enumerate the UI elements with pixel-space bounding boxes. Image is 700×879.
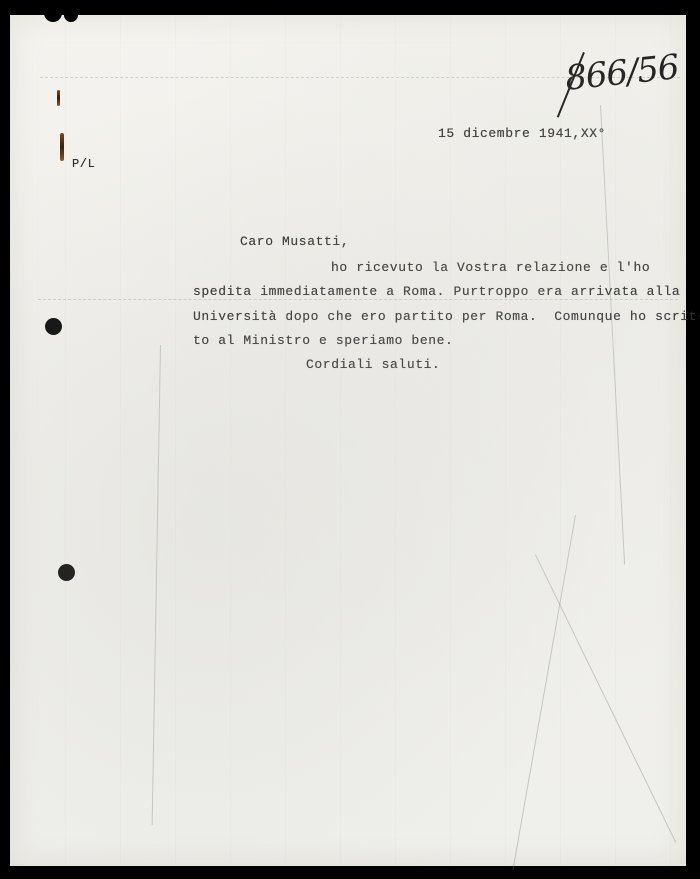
- fold-line: [38, 299, 678, 300]
- paper-crease: [152, 345, 161, 825]
- punch-hole: [45, 318, 62, 335]
- punch-hole: [58, 564, 75, 581]
- letter-page: 866/56 15 dicembre 1941,XX° P/L Caro Mus…: [10, 15, 686, 866]
- sender-initials: P/L: [72, 157, 95, 171]
- body-line: Università dopo che ero partito per Roma…: [193, 309, 700, 324]
- body-line: spedita immediatamente a Roma. Purtroppo…: [193, 284, 680, 299]
- staple-rust-mark: [57, 90, 60, 106]
- paper-crease: [512, 515, 575, 870]
- closing: Cordiali saluti.: [306, 357, 440, 372]
- staple-rust-mark: [60, 133, 64, 161]
- salutation: Caro Musatti,: [240, 234, 349, 249]
- body-line: ho ricevuto la Vostra relazione e l'ho: [331, 260, 650, 275]
- body-line: to al Ministro e speriamo bene.: [193, 333, 453, 348]
- paper-crease: [535, 555, 676, 843]
- paper-crease: [600, 105, 625, 564]
- date-line: 15 dicembre 1941,XX°: [438, 126, 606, 141]
